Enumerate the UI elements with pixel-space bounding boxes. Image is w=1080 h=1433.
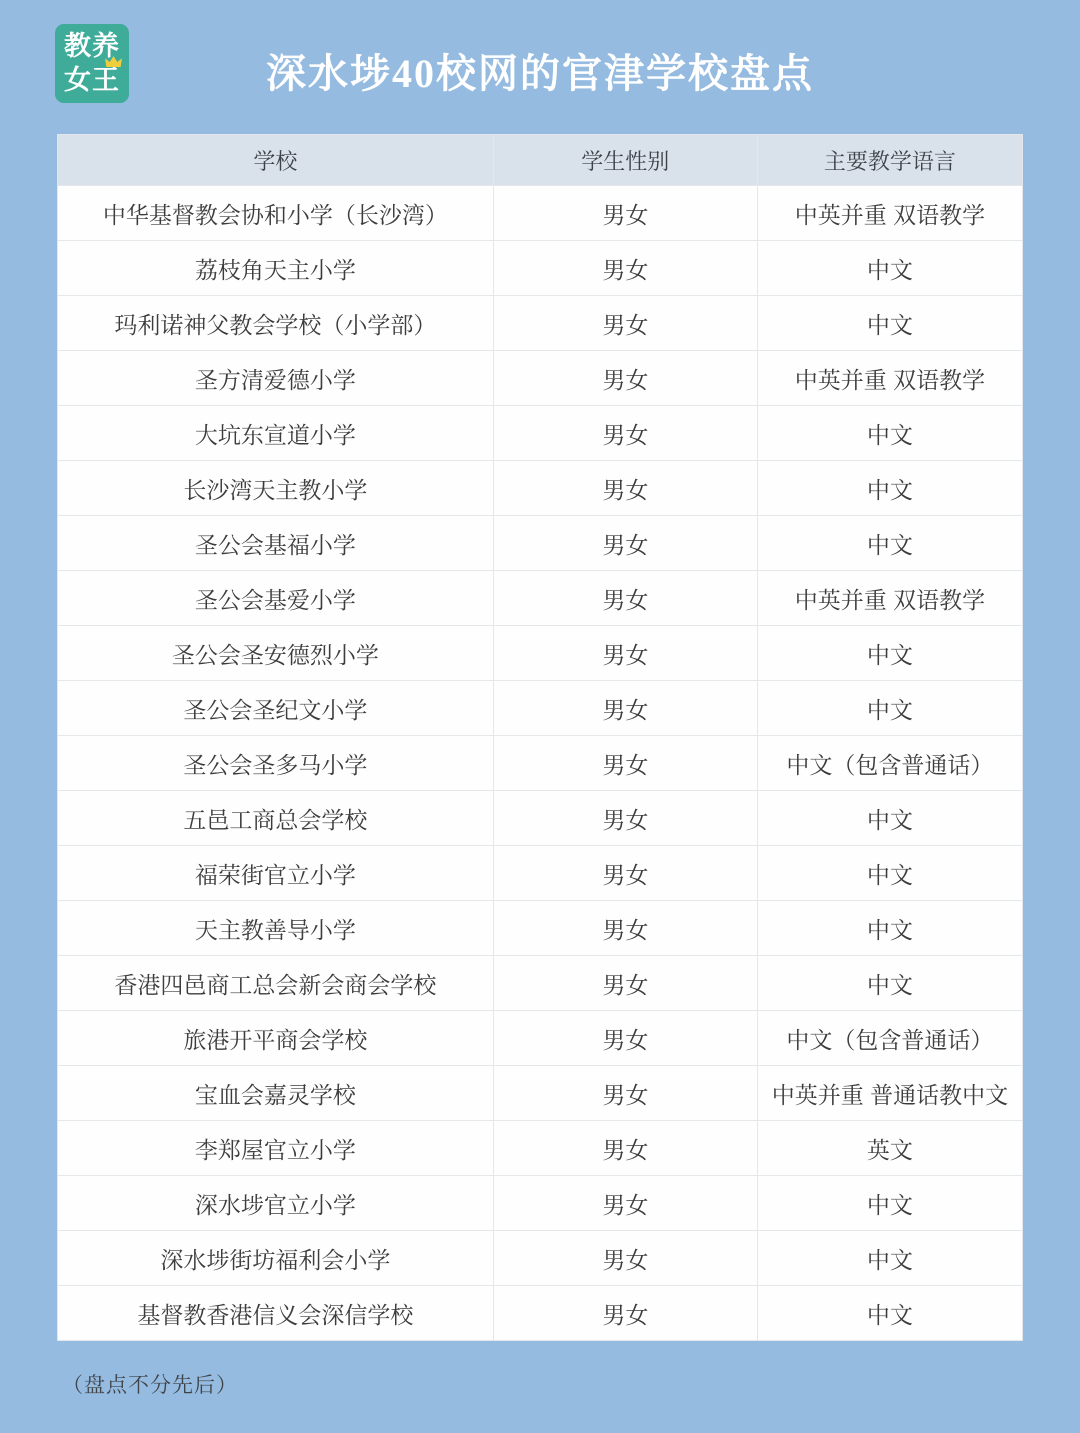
table-body: 中华基督教会协和小学（长沙湾）男女中英并重 双语教学荔枝角天主小学男女中文玛利诺…	[58, 185, 1022, 1340]
table-row: 基督教香港信义会深信学校男女中文	[58, 1285, 1022, 1340]
gender-cell: 男女	[493, 736, 757, 790]
gender-cell: 男女	[493, 791, 757, 845]
page-title: 深水埗40校网的官津学校盘点	[0, 42, 1080, 99]
language-cell: 中文（包含普通话）	[757, 736, 1022, 790]
table-row: 中华基督教会协和小学（长沙湾）男女中英并重 双语教学	[58, 185, 1022, 240]
table-row: 深水埗官立小学男女中文	[58, 1175, 1022, 1230]
gender-cell: 男女	[493, 846, 757, 900]
table-row: 长沙湾天主教小学男女中文	[58, 460, 1022, 515]
language-cell: 中文	[757, 406, 1022, 460]
gender-cell: 男女	[493, 1011, 757, 1065]
gender-cell: 男女	[493, 1121, 757, 1175]
school-cell: 圣公会圣安德烈小学	[58, 626, 493, 680]
school-cell: 基督教香港信义会深信学校	[58, 1286, 493, 1340]
table-row: 深水埗街坊福利会小学男女中文	[58, 1230, 1022, 1285]
school-cell: 玛利诺神父教会学校（小学部）	[58, 296, 493, 350]
gender-cell: 男女	[493, 1286, 757, 1340]
table-row: 圣公会基福小学男女中文	[58, 515, 1022, 570]
table-header: 学校 学生性别 主要教学语言	[58, 135, 1022, 185]
language-cell: 中文	[757, 681, 1022, 735]
gender-cell: 男女	[493, 571, 757, 625]
table-row: 玛利诺神父教会学校（小学部）男女中文	[58, 295, 1022, 350]
table-row: 旅港开平商会学校男女中文（包含普通话）	[58, 1010, 1022, 1065]
table-row: 荔枝角天主小学男女中文	[58, 240, 1022, 295]
language-cell: 中英并重 双语教学	[757, 351, 1022, 405]
gender-cell: 男女	[493, 626, 757, 680]
language-cell: 中文	[757, 626, 1022, 680]
table-row: 福荣街官立小学男女中文	[58, 845, 1022, 900]
gender-cell: 男女	[493, 1176, 757, 1230]
table-row: 宝血会嘉灵学校男女中英并重 普通话教中文	[58, 1065, 1022, 1120]
language-cell: 中文	[757, 846, 1022, 900]
gender-cell: 男女	[493, 296, 757, 350]
school-cell: 香港四邑商工总会新会商会学校	[58, 956, 493, 1010]
school-cell: 长沙湾天主教小学	[58, 461, 493, 515]
school-cell: 圣公会圣纪文小学	[58, 681, 493, 735]
school-cell: 福荣街官立小学	[58, 846, 493, 900]
school-cell: 旅港开平商会学校	[58, 1011, 493, 1065]
gender-cell: 男女	[493, 681, 757, 735]
school-cell: 五邑工商总会学校	[58, 791, 493, 845]
gender-cell: 男女	[493, 516, 757, 570]
table-row: 圣公会圣纪文小学男女中文	[58, 680, 1022, 735]
table-row: 圣方清爱德小学男女中英并重 双语教学	[58, 350, 1022, 405]
gender-cell: 男女	[493, 241, 757, 295]
gender-cell: 男女	[493, 956, 757, 1010]
school-cell: 天主教善导小学	[58, 901, 493, 955]
school-table: 学校 学生性别 主要教学语言 中华基督教会协和小学（长沙湾）男女中英并重 双语教…	[57, 134, 1023, 1341]
school-cell: 圣公会基爱小学	[58, 571, 493, 625]
header-cell-gender: 学生性别	[493, 135, 757, 185]
table-row: 香港四邑商工总会新会商会学校男女中文	[58, 955, 1022, 1010]
table-row: 天主教善导小学男女中文	[58, 900, 1022, 955]
gender-cell: 男女	[493, 186, 757, 240]
table-row: 大坑东宣道小学男女中文	[58, 405, 1022, 460]
language-cell: 中文	[757, 901, 1022, 955]
language-cell: 中文	[757, 1176, 1022, 1230]
header-cell-school: 学校	[58, 135, 493, 185]
table-row: 李郑屋官立小学男女英文	[58, 1120, 1022, 1175]
language-cell: 中英并重 双语教学	[757, 186, 1022, 240]
table-row: 五邑工商总会学校男女中文	[58, 790, 1022, 845]
school-cell: 深水埗街坊福利会小学	[58, 1231, 493, 1285]
table-row: 圣公会圣安德烈小学男女中文	[58, 625, 1022, 680]
school-cell: 荔枝角天主小学	[58, 241, 493, 295]
school-cell: 李郑屋官立小学	[58, 1121, 493, 1175]
school-cell: 圣公会圣多马小学	[58, 736, 493, 790]
footnote: （盘点不分先后）	[62, 1369, 238, 1399]
language-cell: 中英并重 双语教学	[757, 571, 1022, 625]
school-cell: 圣公会基福小学	[58, 516, 493, 570]
page-background: { "page": { "title": "深水埗40校网的官津学校盘点", "…	[0, 0, 1080, 1433]
school-cell: 宝血会嘉灵学校	[58, 1066, 493, 1120]
gender-cell: 男女	[493, 901, 757, 955]
language-cell: 中文	[757, 1231, 1022, 1285]
school-cell: 圣方清爱德小学	[58, 351, 493, 405]
gender-cell: 男女	[493, 351, 757, 405]
language-cell: 中文	[757, 296, 1022, 350]
language-cell: 英文	[757, 1121, 1022, 1175]
table-row: 圣公会基爱小学男女中英并重 双语教学	[58, 570, 1022, 625]
school-cell: 中华基督教会协和小学（长沙湾）	[58, 186, 493, 240]
language-cell: 中文（包含普通话）	[757, 1011, 1022, 1065]
language-cell: 中文	[757, 791, 1022, 845]
language-cell: 中文	[757, 241, 1022, 295]
language-cell: 中文	[757, 516, 1022, 570]
school-cell: 大坑东宣道小学	[58, 406, 493, 460]
table-row: 圣公会圣多马小学男女中文（包含普通话）	[58, 735, 1022, 790]
gender-cell: 男女	[493, 1231, 757, 1285]
language-cell: 中文	[757, 461, 1022, 515]
language-cell: 中英并重 普通话教中文	[757, 1066, 1022, 1120]
gender-cell: 男女	[493, 461, 757, 515]
gender-cell: 男女	[493, 1066, 757, 1120]
language-cell: 中文	[757, 1286, 1022, 1340]
gender-cell: 男女	[493, 406, 757, 460]
header-cell-language: 主要教学语言	[757, 135, 1022, 185]
language-cell: 中文	[757, 956, 1022, 1010]
school-cell: 深水埗官立小学	[58, 1176, 493, 1230]
